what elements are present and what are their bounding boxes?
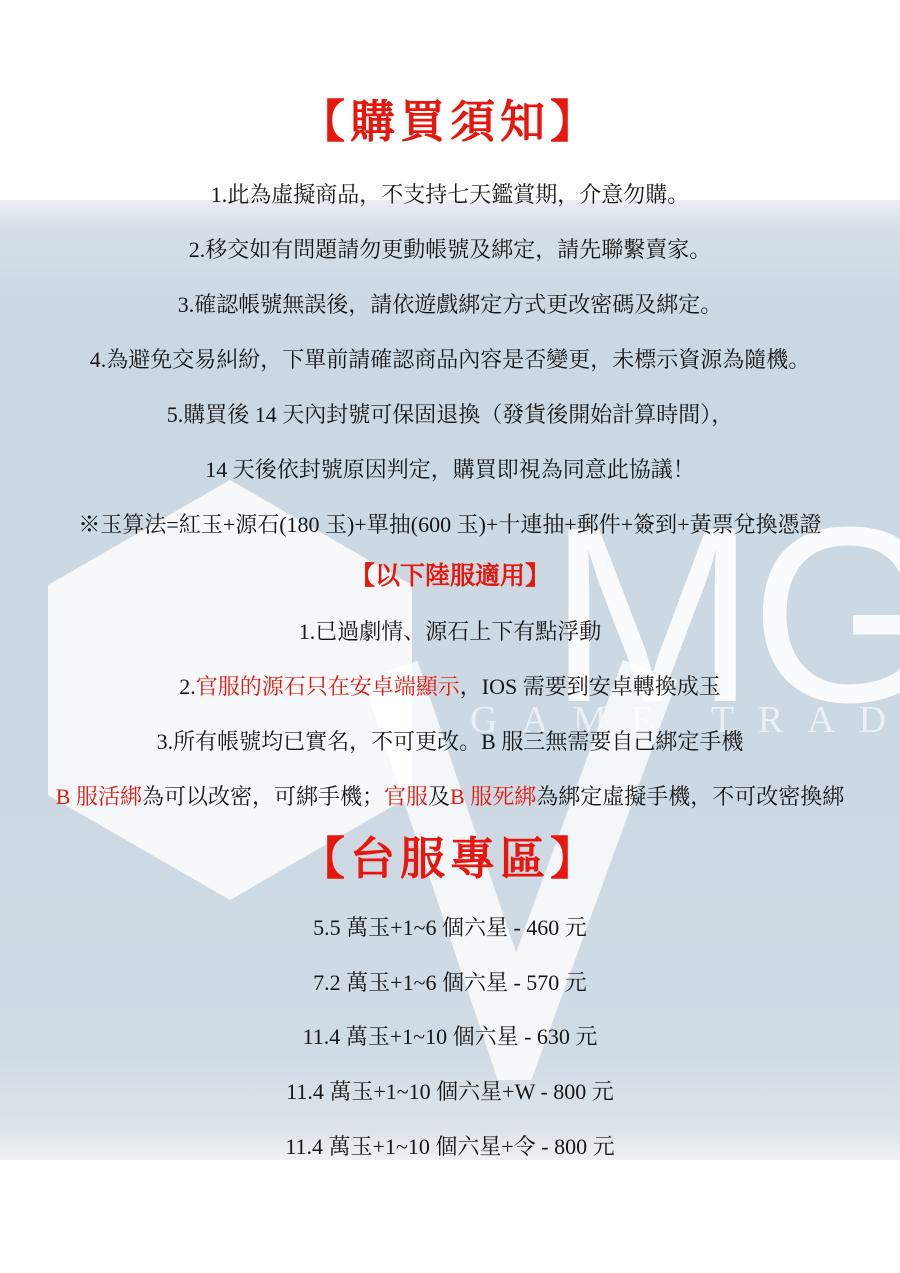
cn-server-item-4-red-1: B 服活綁 — [56, 784, 142, 809]
tw-price-item-3: 11.4 萬玉+1~10 個六星 - 630 元 — [0, 1022, 900, 1052]
cn-server-item-4-part-3: 為綁定虛擬手機，不可改密換綁 — [536, 784, 844, 809]
cn-server-item-2-red-text: 官服的源石只在安卓端顯示 — [196, 674, 460, 699]
notice-item-4: 4.為避免交易糾紛，下單前請確認商品內容是否變更，未標示資源為隨機。 — [0, 345, 900, 375]
tw-price-item-4: 11.4 萬玉+1~10 個六星+W - 800 元 — [0, 1077, 900, 1107]
notice-content: 【購買須知】 1.此為虛擬商品，不支持七天鑑賞期，介意勿購。 2.移交如有問題請… — [0, 0, 900, 1273]
jade-formula-note: ※玉算法=紅玉+源石(180 玉)+單抽(600 玉)+十連抽+郵件+簽到+黃票… — [0, 510, 900, 540]
notice-item-5-line-2: 14 天後依封號原因判定，購買即視為同意此協議！ — [0, 455, 900, 485]
cn-server-section-title: 【以下陸服適用】 — [0, 561, 900, 593]
notice-item-5-line-1: 5.購買後 14 天內封號可保固退換（發貨後開始計算時間）， — [0, 400, 900, 430]
cn-server-item-2-prefix: 2. — [179, 674, 196, 699]
cn-server-item-3: 3.所有帳號均已實名，不可更改。B 服三無需要自己綁定手機 — [0, 727, 900, 757]
cn-server-item-4-red-2: 官服 — [384, 784, 428, 809]
cn-server-item-4-red-3: B 服死綁 — [450, 784, 536, 809]
buy-notice-title: 【購買須知】 — [0, 94, 900, 150]
tw-price-item-5: 11.4 萬玉+1~10 個六星+令 - 800 元 — [0, 1132, 900, 1162]
cn-server-item-4-part-2: 及 — [428, 784, 450, 809]
cn-server-item-2: 2.官服的源石只在安卓端顯示，IOS 需要到安卓轉換成玉 — [0, 672, 900, 702]
cn-server-item-4: B 服活綁為可以改密，可綁手機；官服及B 服死綁為綁定虛擬手機，不可改密換綁 — [0, 782, 900, 812]
notice-item-2: 2.移交如有問題請勿更動帳號及綁定，請先聯繫賣家。 — [0, 235, 900, 265]
cn-server-item-1: 1.已過劇情、源石上下有點浮動 — [0, 617, 900, 647]
cn-server-item-4-part-1: 為可以改密，可綁手機； — [142, 784, 384, 809]
tw-price-item-1: 5.5 萬玉+1~6 個六星 - 460 元 — [0, 913, 900, 943]
tw-price-item-2: 7.2 萬玉+1~6 個六星 - 570 元 — [0, 968, 900, 998]
tw-server-section-title: 【台服專區】 — [0, 831, 900, 887]
notice-item-1: 1.此為虛擬商品，不支持七天鑑賞期，介意勿購。 — [0, 180, 900, 210]
notice-item-3: 3.確認帳號無誤後，請依遊戲綁定方式更改密碼及綁定。 — [0, 290, 900, 320]
purchase-notice-page: MG GAME TRADE 【購買須知】 1.此為虛擬商品，不支持七天鑑賞期，介… — [0, 0, 900, 1273]
cn-server-item-2-rest: ，IOS 需要到安卓轉換成玉 — [460, 674, 721, 699]
